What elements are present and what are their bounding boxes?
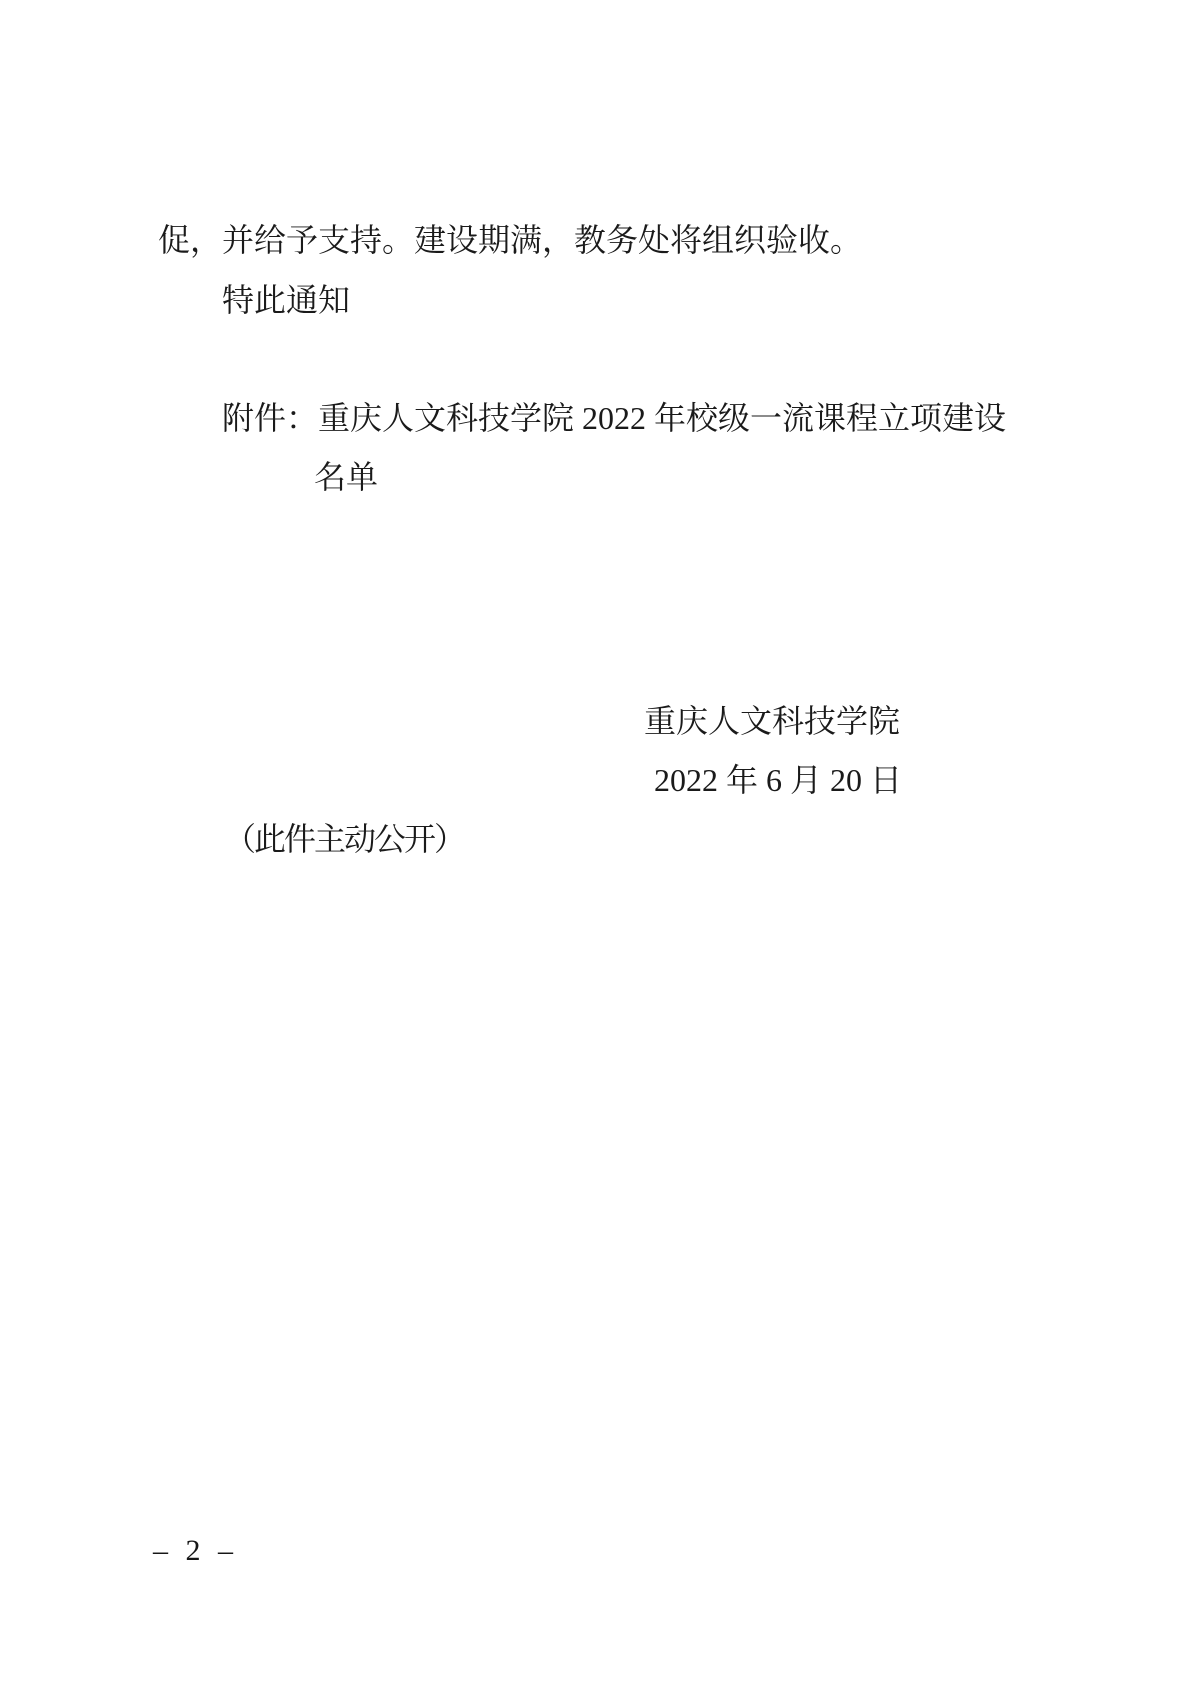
- attachment-title-line1: 重庆人文科技学院 2022 年校级一流课程立项建设: [318, 400, 1006, 436]
- page-number: – 2 –: [153, 1534, 233, 1567]
- attachment-label: 附件：: [222, 400, 318, 436]
- attachment-line: 附件：重庆人文科技学院 2022 年校级一流课程立项建设: [222, 400, 1006, 437]
- notice-line: 特此通知: [222, 282, 350, 319]
- issuer-name: 重庆人文科技学院: [644, 703, 900, 740]
- disclosure-note: （此件主动公开）: [224, 821, 464, 858]
- body-continuation-line: 促，并给予支持。建设期满，教务处将组织验收。: [158, 222, 862, 259]
- document-page: 促，并给予支持。建设期满，教务处将组织验收。 特此通知 附件：重庆人文科技学院 …: [0, 0, 1191, 1684]
- issue-date: 2022 年 6 月 20 日: [654, 762, 902, 799]
- attachment-title-line2: 名单: [314, 459, 378, 496]
